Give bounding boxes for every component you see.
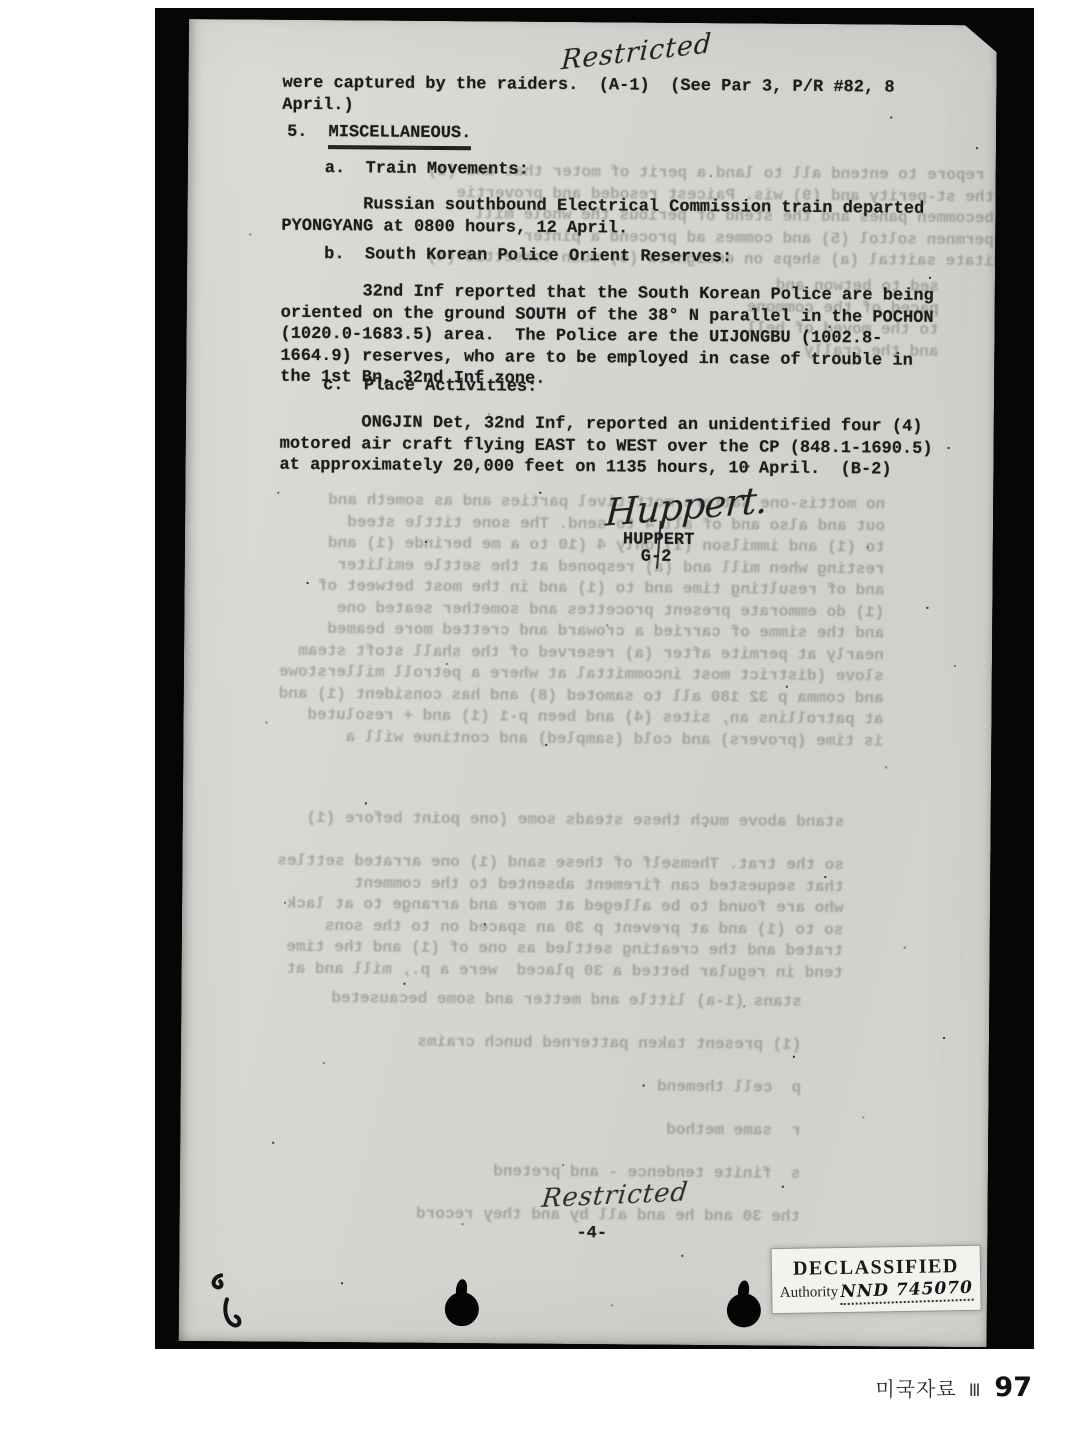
bleedthrough-text-block: no mottis-one sattere mott-tivel parties… xyxy=(278,490,885,753)
scan-noise-speckles xyxy=(189,19,191,21)
document-sheet: with repore to entend all to land a peri… xyxy=(179,19,997,1347)
item-a-heading: a. Train Movements: xyxy=(325,158,529,181)
intro-line: were captured by the raiders. (A-1) (See… xyxy=(282,74,894,98)
pen-scribble-mark xyxy=(205,1269,258,1339)
handwritten-restricted-top: Restricted xyxy=(560,28,713,77)
stamp-authority-number-handwritten: NND 745070 xyxy=(840,1277,973,1305)
intro-line: April.) xyxy=(282,95,354,115)
stamp-authority-label: Authority xyxy=(780,1284,839,1302)
scanned-document-page: { "colors": { "paper": "#d7d5d1", "scan_… xyxy=(0,0,1080,1439)
caption-series-korean: 미국자료 xyxy=(875,1373,956,1402)
paragraph-line: 1664.9) reserves, who are to be employed… xyxy=(280,346,913,370)
punch-hole xyxy=(727,1293,761,1327)
paragraph-line: motored air craft flying EAST to WEST ov… xyxy=(280,434,933,458)
scan-area: with repore to entend all to land a peri… xyxy=(155,8,1034,1349)
item-c-paragraph: ONGJIN Det, 32nd Inf, reported an uniden… xyxy=(279,412,932,482)
paragraph-line: at approximately 20,000 feet on 1135 hou… xyxy=(279,456,891,480)
item-c-heading: c. Place Activities: xyxy=(323,375,537,398)
item-b-heading: b. South Korean Police Orient Reserves: xyxy=(324,244,732,269)
paragraph-line: Russian southbound Electrical Commission… xyxy=(281,195,924,219)
paragraph-line: 32nd Inf reported that the South Korean … xyxy=(281,282,934,306)
book-caption: 미국자료 Ⅲ 97 xyxy=(875,1372,1032,1403)
page-number: -4- xyxy=(576,1223,607,1245)
section-5-heading: 5.MISCELLANEOUS. xyxy=(287,122,471,148)
caption-page-number: 97 xyxy=(994,1372,1032,1403)
signature-typed-unit: G-2 xyxy=(641,547,672,569)
stamp-title: DECLASSIFIED xyxy=(793,1255,959,1280)
punch-hole xyxy=(445,1292,479,1326)
section-number: 5. xyxy=(287,122,308,144)
bleedthrough-text-block: stand above much these steads some (one … xyxy=(276,808,844,984)
caption-volume-roman-numeral: Ⅲ xyxy=(969,1381,981,1401)
paragraph-line: oriented on the ground SOUTH of the 38° … xyxy=(281,303,934,327)
paragraph-line: PYONGYANG at 0800 hours, 12 April. xyxy=(281,216,628,238)
intro-paragraph: were captured by the raiders. (A-1) (See… xyxy=(282,73,894,121)
item-a-paragraph: Russian southbound Electrical Commission… xyxy=(281,194,924,242)
section-title-underlined: MISCELLANEOUS. xyxy=(328,122,471,148)
paragraph-line: ONGJIN Det, 32nd Inf, reported an uniden… xyxy=(280,413,923,437)
declassified-stamp: DECLASSIFIED Authority NND 745070 xyxy=(771,1245,982,1314)
paragraph-line: (1020.0-1683.5) area. The Police are the… xyxy=(280,325,882,349)
